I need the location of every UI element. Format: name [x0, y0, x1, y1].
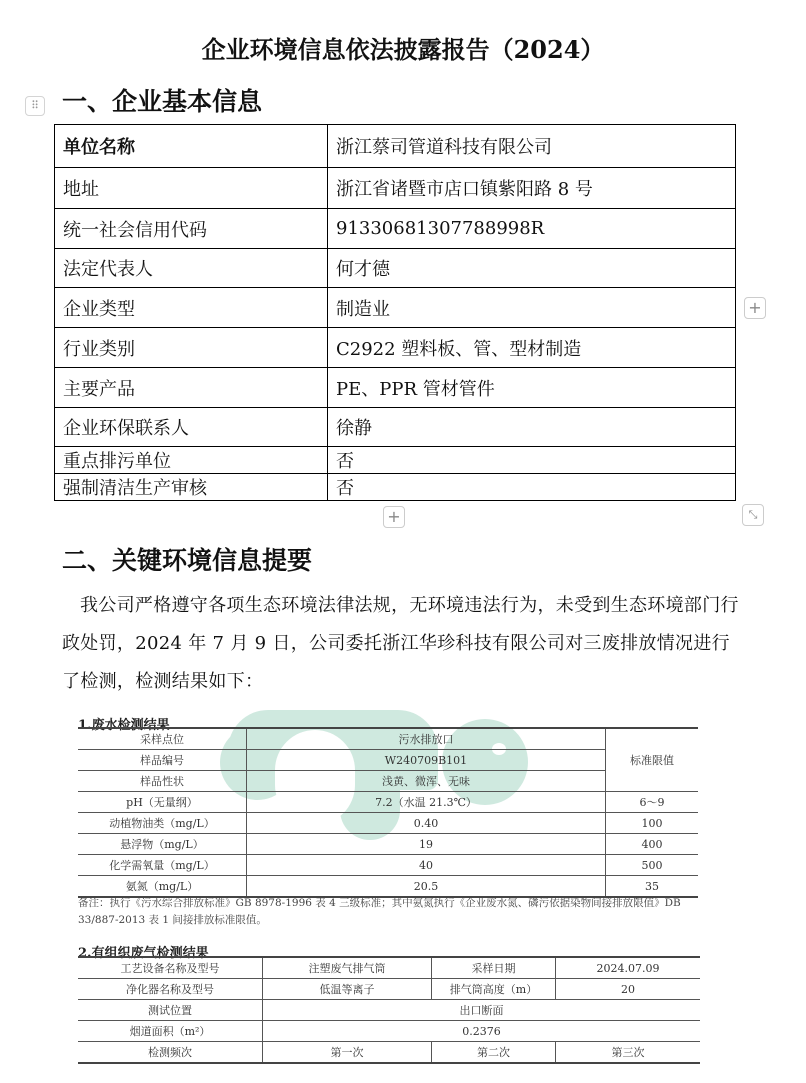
wastewater-note: 备注：执行《污水综合排放标准》GB 8978-1996 表 4 三级标准；其中氨…: [78, 895, 718, 929]
info-value[interactable]: 浙江省诸暨市店口镇紫阳路 8 号: [328, 168, 736, 209]
basic-info-table: 单位名称 浙江蔡司管道科技有限公司 地址 浙江省诸暨市店口镇紫阳路 8 号 统一…: [54, 124, 736, 501]
table-row: 地址 浙江省诸暨市店口镇紫阳路 8 号: [55, 168, 736, 209]
info-label: 地址: [55, 168, 328, 209]
expand-icon: ⤡: [749, 508, 758, 521]
cell-label: 检测频次: [78, 1042, 263, 1064]
cell-label: 样品性状: [78, 771, 247, 792]
info-label: 统一社会信用代码: [55, 209, 328, 249]
cell-value: 出口断面: [263, 1000, 701, 1021]
table-row: 统一社会信用代码 91330681307788998R: [55, 209, 736, 249]
table-row: 主要产品 PE、PPR 管材管件: [55, 368, 736, 408]
cell-value: 第三次: [556, 1042, 701, 1064]
plus-icon: +: [387, 507, 400, 526]
cell-value: 2024.07.09: [556, 957, 701, 979]
cell-value: 浅黄、微浑、无味: [247, 771, 606, 792]
info-value[interactable]: PE、PPR 管材管件: [328, 368, 736, 408]
info-value[interactable]: 否: [328, 474, 736, 501]
cell-label: 净化器名称及型号: [78, 979, 263, 1000]
cell-label: 工艺设备名称及型号: [78, 957, 263, 979]
info-value[interactable]: 否: [328, 447, 736, 474]
cell-label: 氨氮（mg/L）: [78, 876, 247, 898]
block-drag-handle[interactable]: ⠿: [25, 96, 45, 116]
exhaust-table: 工艺设备名称及型号 注塑废气排气筒 采样日期 2024.07.09 净化器名称及…: [78, 956, 700, 1064]
cell-limit: 100: [606, 813, 699, 834]
table-row: 净化器名称及型号 低温等离子 排气筒高度（m） 20: [78, 979, 700, 1000]
table-row: 法定代表人 何才德: [55, 249, 736, 288]
cell-value: 低温等离子: [263, 979, 432, 1000]
cell-label: 采样日期: [432, 957, 556, 979]
add-row-button[interactable]: +: [383, 506, 405, 528]
cell-value: 40: [247, 855, 606, 876]
info-value[interactable]: C2922 塑料板、管、型材制造: [328, 328, 736, 368]
cell-label: 采样点位: [78, 728, 247, 750]
wastewater-table: 采样点位 污水排放口 标准限值 样品编号 W240709B101 样品性状 浅黄…: [78, 727, 698, 898]
cell-value: 0.2376: [263, 1021, 701, 1042]
info-label: 单位名称: [55, 125, 328, 168]
info-label: 重点排污单位: [55, 447, 328, 474]
table-row: 氨氮（mg/L） 20.5 35: [78, 876, 698, 898]
cell-label: 烟道面积（m²）: [78, 1021, 263, 1042]
cell-value: 0.40: [247, 813, 606, 834]
table-row: 化学需氧量（mg/L） 40 500: [78, 855, 698, 876]
table-row: 工艺设备名称及型号 注塑废气排气筒 采样日期 2024.07.09: [78, 957, 700, 979]
cell-value: W240709B101: [247, 750, 606, 771]
summary-paragraph: 我公司严格遵守各项生态环境法律法规，无环境违法行为，未受到生态环境部门行政处罚，…: [62, 587, 742, 701]
cell-label: 测试位置: [78, 1000, 263, 1021]
table-row: 强制清洁生产审核 否: [55, 474, 736, 501]
table-row: 企业类型 制造业: [55, 288, 736, 328]
table-row: 动植物油类（mg/L） 0.40 100: [78, 813, 698, 834]
table-row: 单位名称 浙江蔡司管道科技有限公司: [55, 125, 736, 168]
plus-icon: +: [748, 298, 761, 317]
info-label: 企业类型: [55, 288, 328, 328]
cell-value: 19: [247, 834, 606, 855]
info-label: 主要产品: [55, 368, 328, 408]
info-label: 强制清洁生产审核: [55, 474, 328, 501]
cell-value: 污水排放口: [247, 728, 606, 750]
cell-value: 20.5: [247, 876, 606, 898]
resize-table-button[interactable]: ⤡: [742, 504, 764, 526]
table-row: 采样点位 污水排放口 标准限值: [78, 728, 698, 750]
cell-limit: 400: [606, 834, 699, 855]
table-row: 测试位置 出口断面: [78, 1000, 700, 1021]
table-row: 检测频次 第一次 第二次 第三次: [78, 1042, 700, 1064]
cell-label: 排气筒高度（m）: [432, 979, 556, 1000]
table-row: 样品性状 浅黄、微浑、无味: [78, 771, 698, 792]
section1-heading: 一、企业基本信息: [62, 82, 262, 118]
info-label: 企业环保联系人: [55, 408, 328, 447]
table-row: 行业类别 C2922 塑料板、管、型材制造: [55, 328, 736, 368]
cell-label: 化学需氧量（mg/L）: [78, 855, 247, 876]
info-value[interactable]: 制造业: [328, 288, 736, 328]
info-value[interactable]: 浙江蔡司管道科技有限公司: [328, 125, 736, 168]
info-value[interactable]: 何才德: [328, 249, 736, 288]
cell-label: 悬浮物（mg/L）: [78, 834, 247, 855]
cell-header: 标准限值: [606, 728, 699, 792]
table-row: 重点排污单位 否: [55, 447, 736, 474]
info-value[interactable]: 徐静: [328, 408, 736, 447]
cell-limit: 35: [606, 876, 699, 898]
document-title: 企业环境信息依法披露报告（2024）: [0, 30, 806, 65]
info-label: 法定代表人: [55, 249, 328, 288]
cell-label: 样品编号: [78, 750, 247, 771]
cell-value: 注塑废气排气筒: [263, 957, 432, 979]
cell-value: 20: [556, 979, 701, 1000]
table-row: 样品编号 W240709B101: [78, 750, 698, 771]
cell-limit: 6～9: [606, 792, 699, 813]
cell-label: 动植物油类（mg/L）: [78, 813, 247, 834]
drag-handle-icon: ⠿: [31, 99, 39, 112]
info-label: 行业类别: [55, 328, 328, 368]
test-report-image: 1.废水检测结果 采样点位 污水排放口 标准限值 样品编号 W240709B10…: [60, 705, 740, 1083]
cell-limit: 500: [606, 855, 699, 876]
cell-label: pH（无量纲）: [78, 792, 247, 813]
cell-value: 第二次: [432, 1042, 556, 1064]
table-row: 企业环保联系人 徐静: [55, 408, 736, 447]
table-row: 悬浮物（mg/L） 19 400: [78, 834, 698, 855]
cell-value: 第一次: [263, 1042, 432, 1064]
table-row: pH（无量纲） 7.2（水温 21.3℃） 6～9: [78, 792, 698, 813]
section2-heading: 二、关键环境信息提要: [62, 541, 312, 577]
info-value[interactable]: 91330681307788998R: [328, 209, 736, 249]
cell-value: 7.2（水温 21.3℃）: [247, 792, 606, 813]
table-row: 烟道面积（m²） 0.2376: [78, 1021, 700, 1042]
add-column-button[interactable]: +: [744, 297, 766, 319]
